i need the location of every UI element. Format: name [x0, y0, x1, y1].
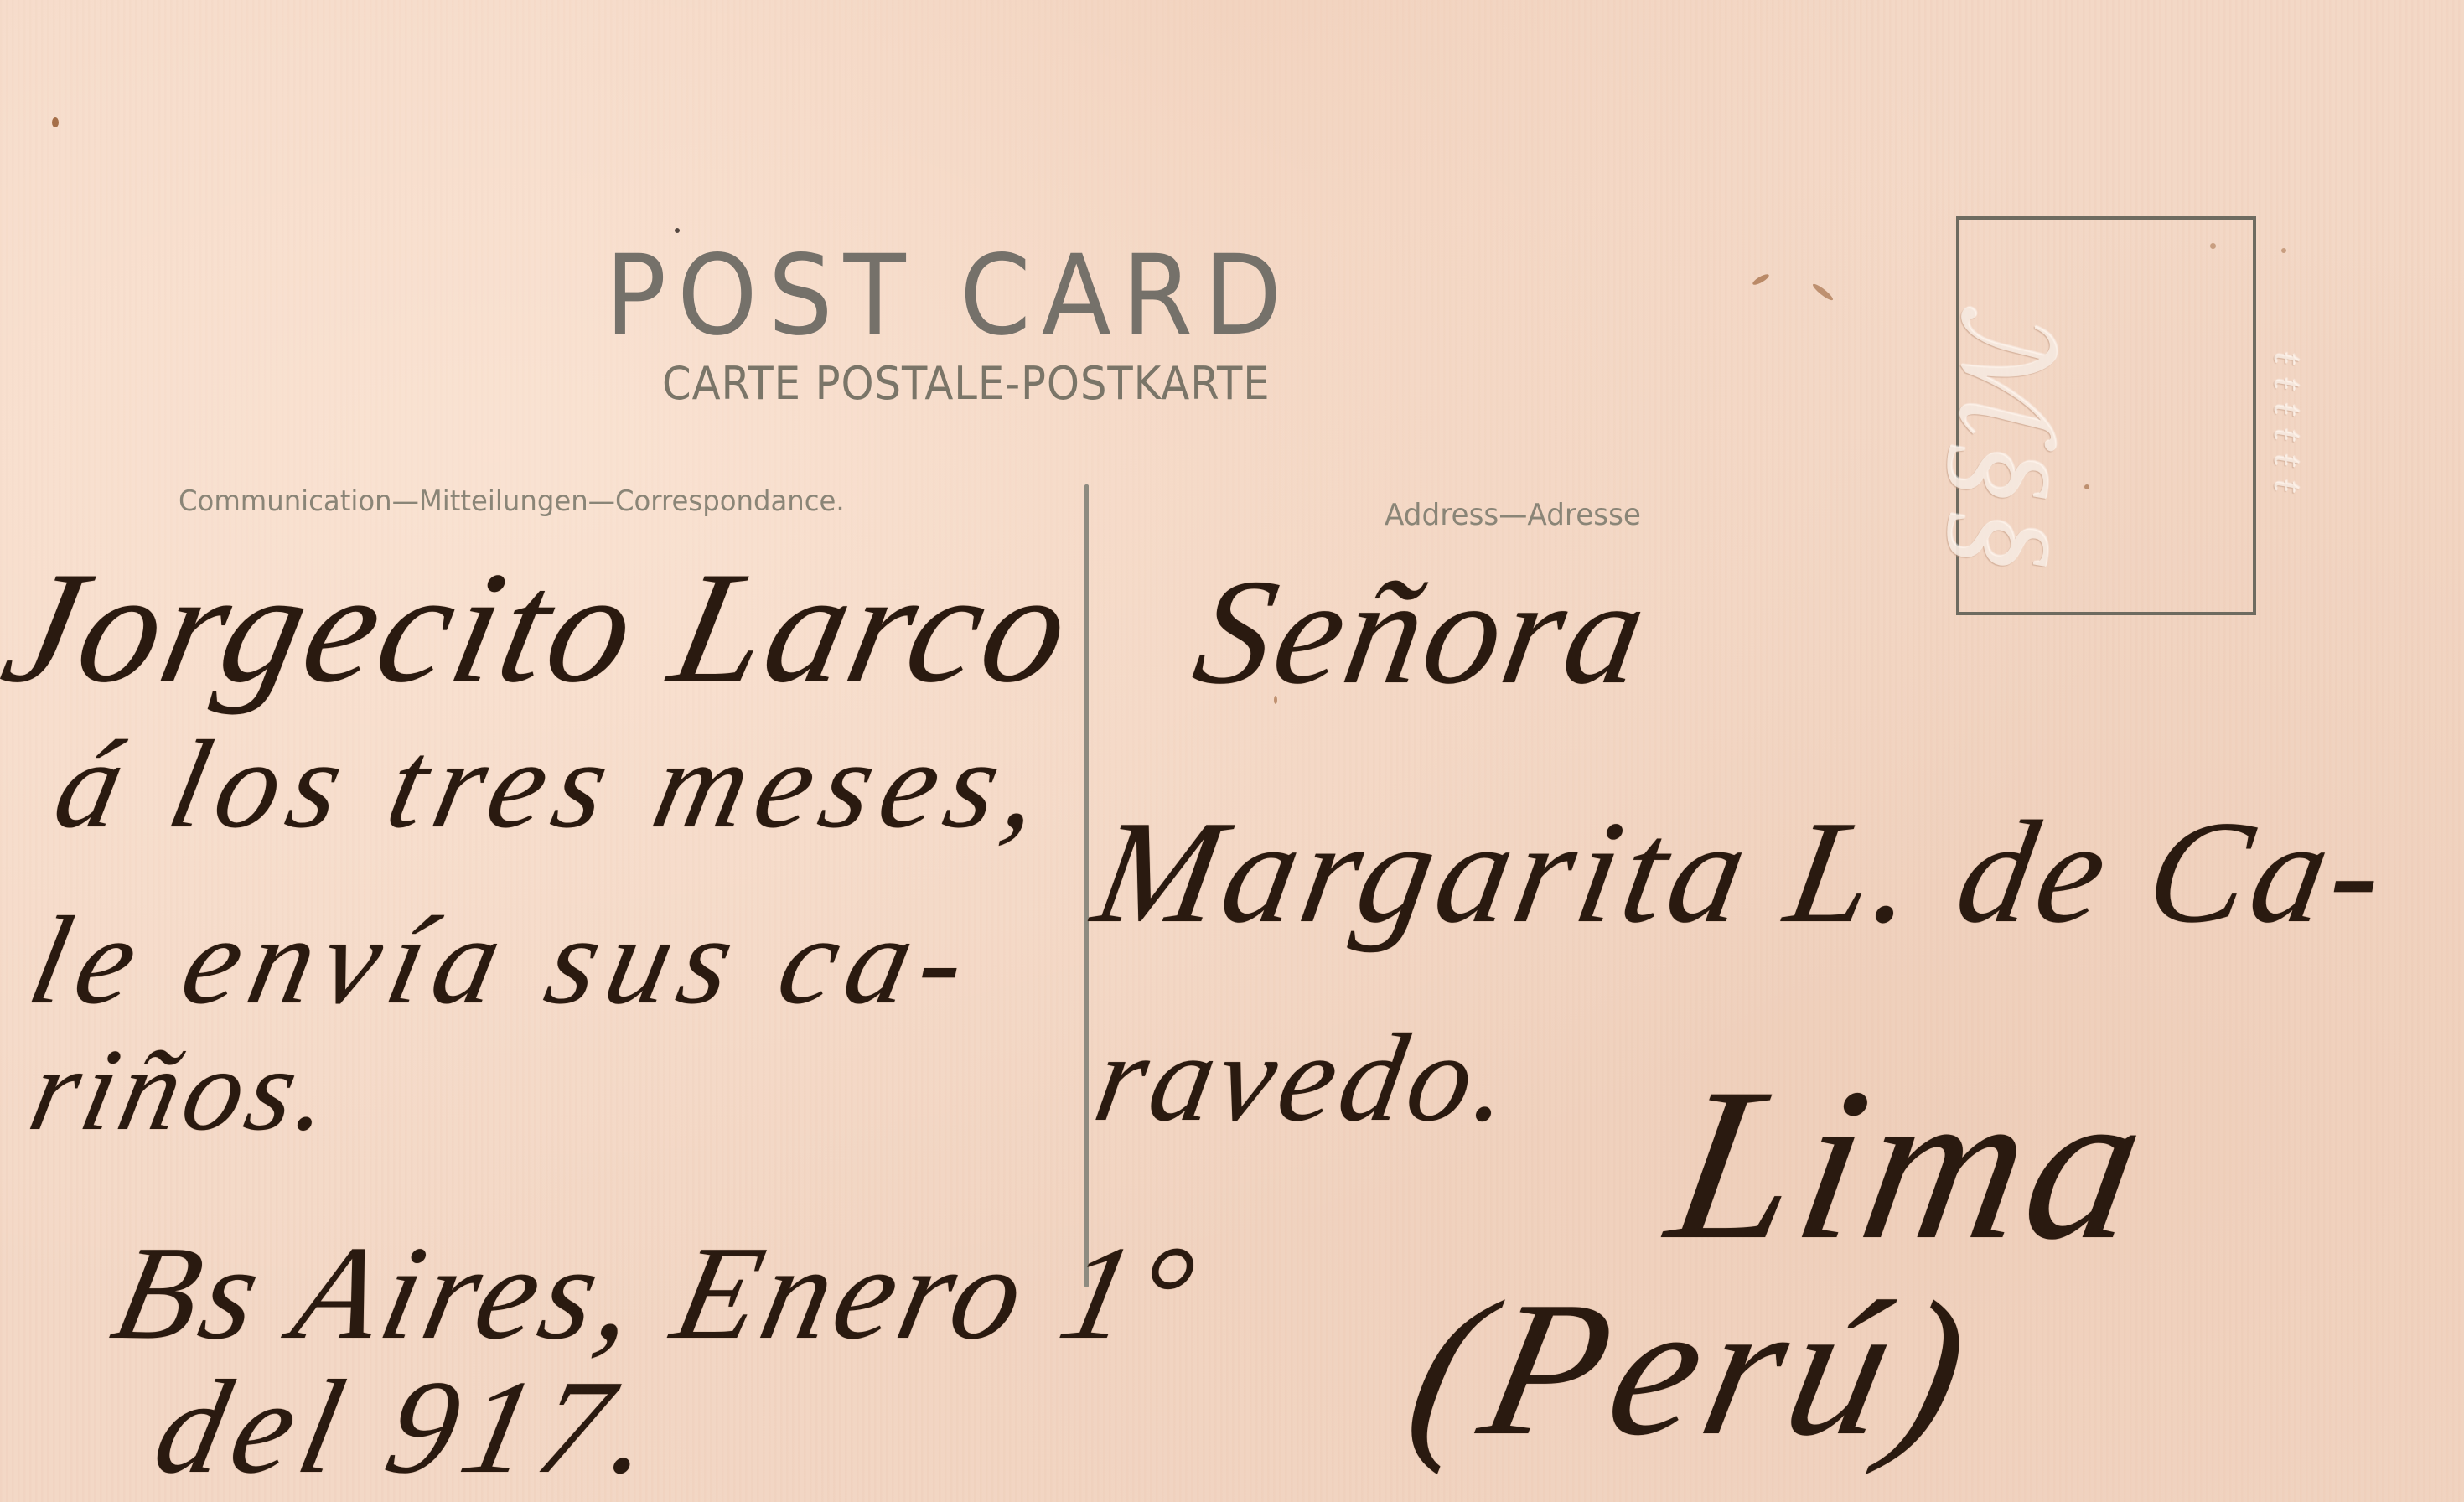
address-line: Lima: [1654, 1039, 2166, 1290]
address-line: Margarita L. de Ca-: [1083, 788, 2400, 956]
message-section-label: Communication—Mitteilungen—Correspondanc…: [179, 484, 845, 518]
center-divider: [1084, 484, 1089, 1287]
place-date-line: del 917.: [142, 1349, 675, 1502]
postcard: POST CARD CARTE POSTALE-POSTKARTE Commun…: [0, 0, 2464, 1502]
message-line: Jorgecito Larco: [0, 536, 1088, 719]
address-line: (Perú): [1393, 1257, 1994, 1479]
address-line: ravedo.: [1085, 1006, 1526, 1150]
age-spot: [2281, 248, 2286, 253]
postcard-title: POST CARD: [605, 231, 1292, 360]
embossed-mark-icon: ℳ§§: [1933, 302, 2078, 577]
place-date-line: Bs Aires, Enero 1°: [101, 1215, 1211, 1370]
age-spot: [2084, 484, 2089, 489]
age-spot: [675, 228, 680, 233]
message-line: á los tres meses,: [44, 712, 1064, 857]
address-line: Señora: [1183, 545, 1661, 718]
age-spot: [52, 117, 59, 127]
age-spot: [1811, 282, 1835, 303]
age-spot: [1752, 272, 1771, 287]
age-spot: [2210, 243, 2216, 249]
address-section-label: Address—Adresse: [1385, 498, 1641, 532]
message-line: le envía sus ca-: [18, 888, 988, 1033]
postcard-subtitle: CARTE POSTALE-POSTKARTE: [662, 357, 1271, 410]
embossed-side-text: ŧŧŧŧŧŧ: [2264, 352, 2313, 505]
age-spot: [1274, 696, 1277, 704]
message-line: riños.: [19, 1023, 349, 1158]
